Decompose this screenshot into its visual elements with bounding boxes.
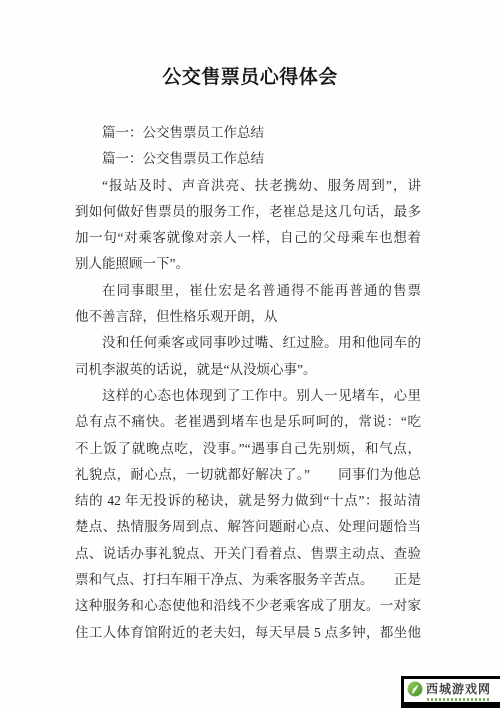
text-line: 别人能照顾一下”。 (75, 251, 421, 277)
text-line: 篇一：公交售票员工作总结 (75, 120, 421, 146)
text-line: 这样的心态也体现到了工作中。别人一见堵车，心里 (75, 383, 421, 409)
text-line: “报站及时、声音洪亮、扶老携幼、服务周到”，讲 (75, 173, 421, 199)
watermark-logo-icon (407, 681, 423, 697)
watermark-row: 西城游戏网 (407, 680, 500, 697)
watermark-tagline (427, 698, 491, 701)
watermark-panel: 西城游戏网 (404, 679, 500, 702)
text-line: 总有点不痛快。老崔遇到堵车也是乐呵呵的，常说：“吃 (75, 409, 421, 435)
watermark-site-name: 西城游戏网 (426, 680, 491, 697)
text-line: 点、说话办事礼貌点、开关门看着点、售票主动点、查验 (75, 541, 421, 567)
text-line: 结的 42 年无投诉的秘诀，就是努力做到“十点”：报站清 (75, 488, 421, 514)
text-line: 住工人体育馆附近的老夫妇，每天早晨 5 点多钟，都坐他 (75, 620, 421, 646)
text-line: 这种服务和心态使他和沿线不少老乘客成了朋友。一对家 (75, 593, 421, 619)
watermark: 西城游戏网 (401, 676, 500, 708)
text-line: 票和气点、打扫车厢干净点、为乘客服务辛苦点。 正是 (75, 567, 421, 593)
text-line: 不上饭了就晚点吃，没事。”“遇事自己先别烦，和气点， (75, 436, 421, 462)
text-line: 篇一：公交售票员工作总结 (75, 146, 421, 172)
text-line: 礼貌点，耐心点，一切就都好解决了。” 同事们为他总 (75, 462, 421, 488)
text-line: 楚点、热情服务周到点、解答问题耐心点、处理问题恰当 (75, 514, 421, 540)
document-page: 公交售票员心得体会 篇一：公交售票员工作总结篇一：公交售票员工作总结“报站及时、… (0, 0, 500, 708)
text-line: 加一句“对乘客就像对亲人一样，自己的父母乘车也想着 (75, 225, 421, 251)
text-line: 到如何做好售票员的服务工作，老崔总是这几句话，最多 (75, 199, 421, 225)
text-line: 在同事眼里，崔仕宏是名普通得不能再普通的售票员。 (75, 278, 421, 304)
text-line: 没和任何乘客或同事吵过嘴、红过脸。用和他同车的 (75, 330, 421, 356)
document-title: 公交售票员心得体会 (0, 62, 500, 89)
text-line: 司机李淑英的话说，就是“从没烦心事”。 (75, 357, 421, 383)
text-line: 他不善言辞，但性格乐观开朗，从 (75, 304, 421, 330)
document-body: 篇一：公交售票员工作总结篇一：公交售票员工作总结“报站及时、声音洪亮、扶老携幼、… (75, 120, 421, 646)
